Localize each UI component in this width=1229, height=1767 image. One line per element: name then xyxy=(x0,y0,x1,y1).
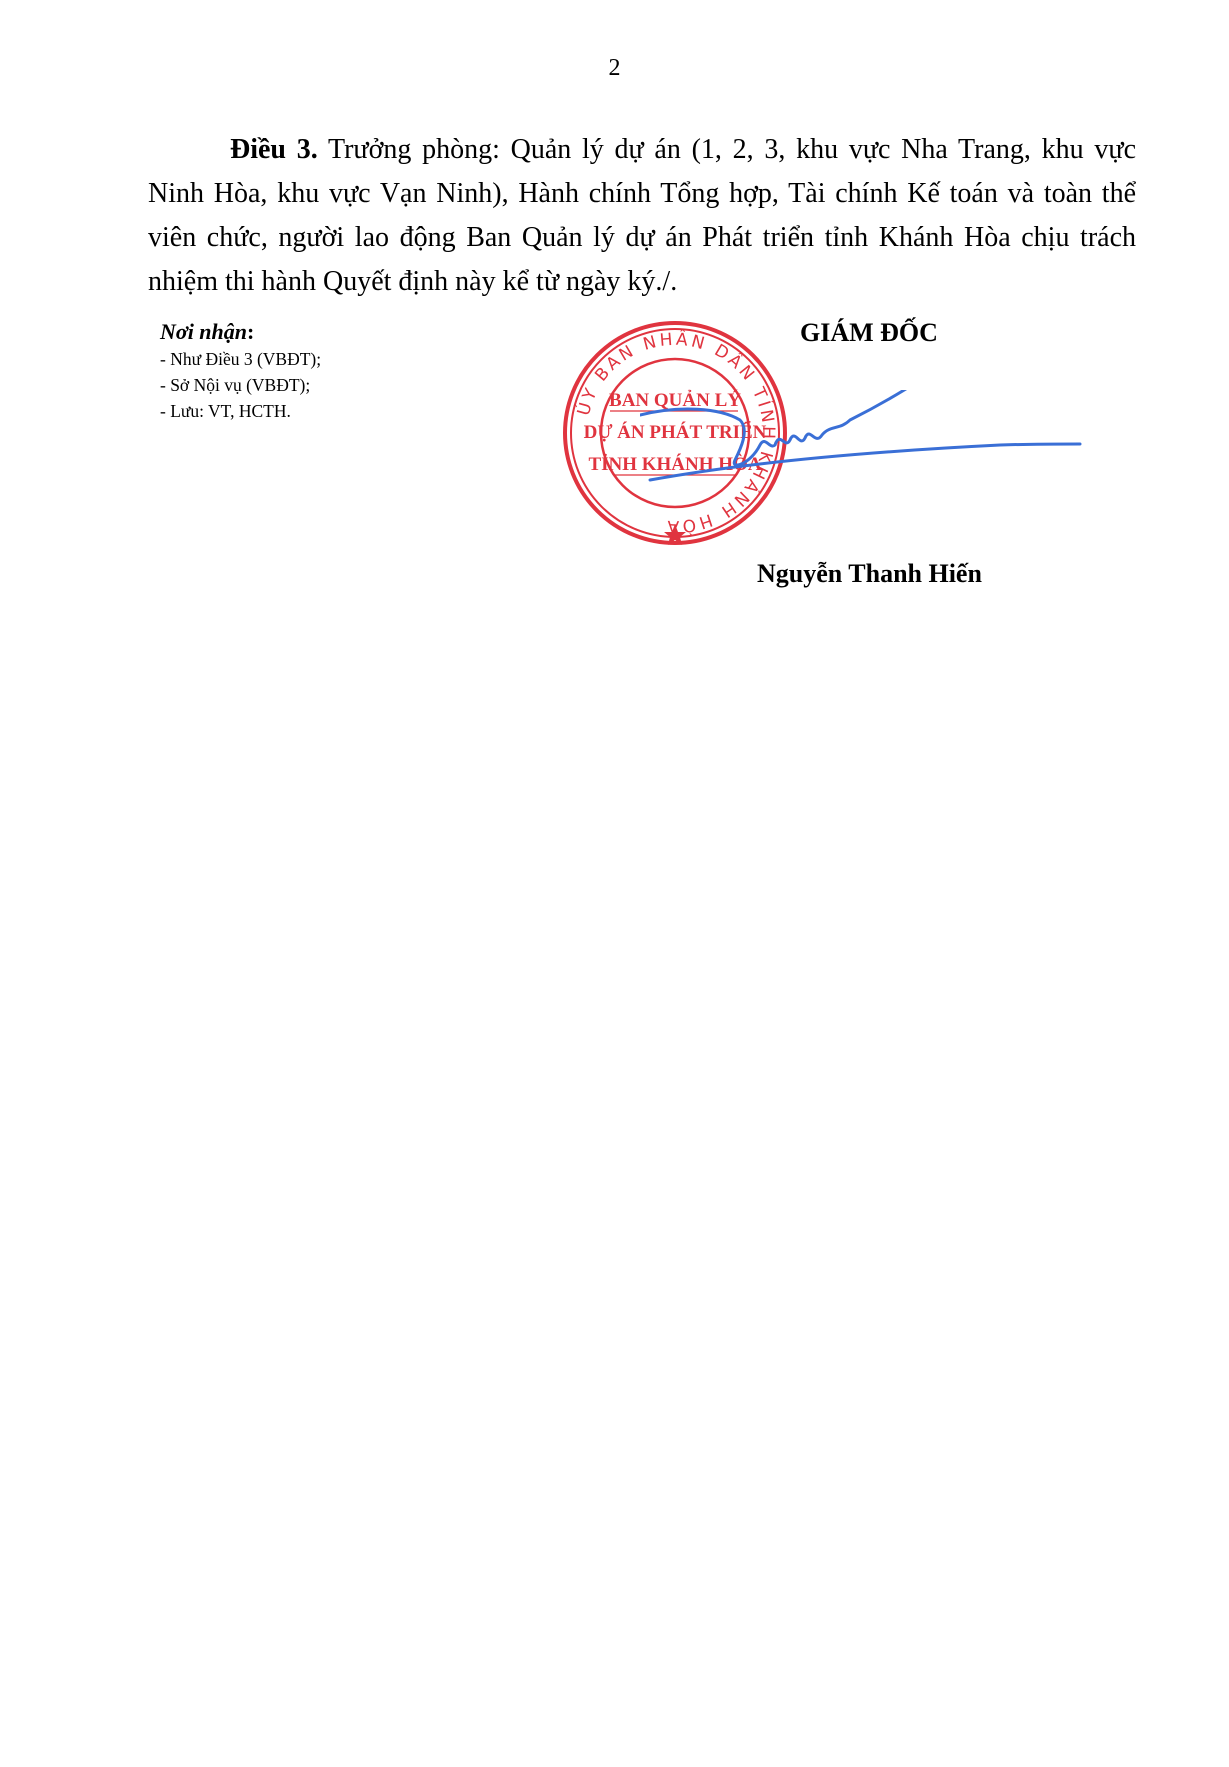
article-label: Điều 3. xyxy=(230,134,318,165)
recipient-item: - Như Điều 3 (VBĐT); xyxy=(160,346,560,372)
recipients-title: Nơi nhận: xyxy=(160,318,560,346)
signer-title: GIÁM ĐỐC xyxy=(800,318,938,348)
recipient-item: - Sở Nội vụ (VBĐT); xyxy=(160,372,560,398)
signer-name: Nguyễn Thanh Hiến xyxy=(757,559,982,589)
article-3: Điều 3. Trưởng phòng: Quản lý dự án (1, … xyxy=(148,128,1136,304)
handwritten-signature xyxy=(640,390,1100,540)
recipient-item: - Lưu: VT, HCTH. xyxy=(160,398,560,424)
recipients-block: Nơi nhận: - Như Điều 3 (VBĐT); - Sở Nội … xyxy=(160,318,560,424)
page-number: 2 xyxy=(0,55,1229,82)
